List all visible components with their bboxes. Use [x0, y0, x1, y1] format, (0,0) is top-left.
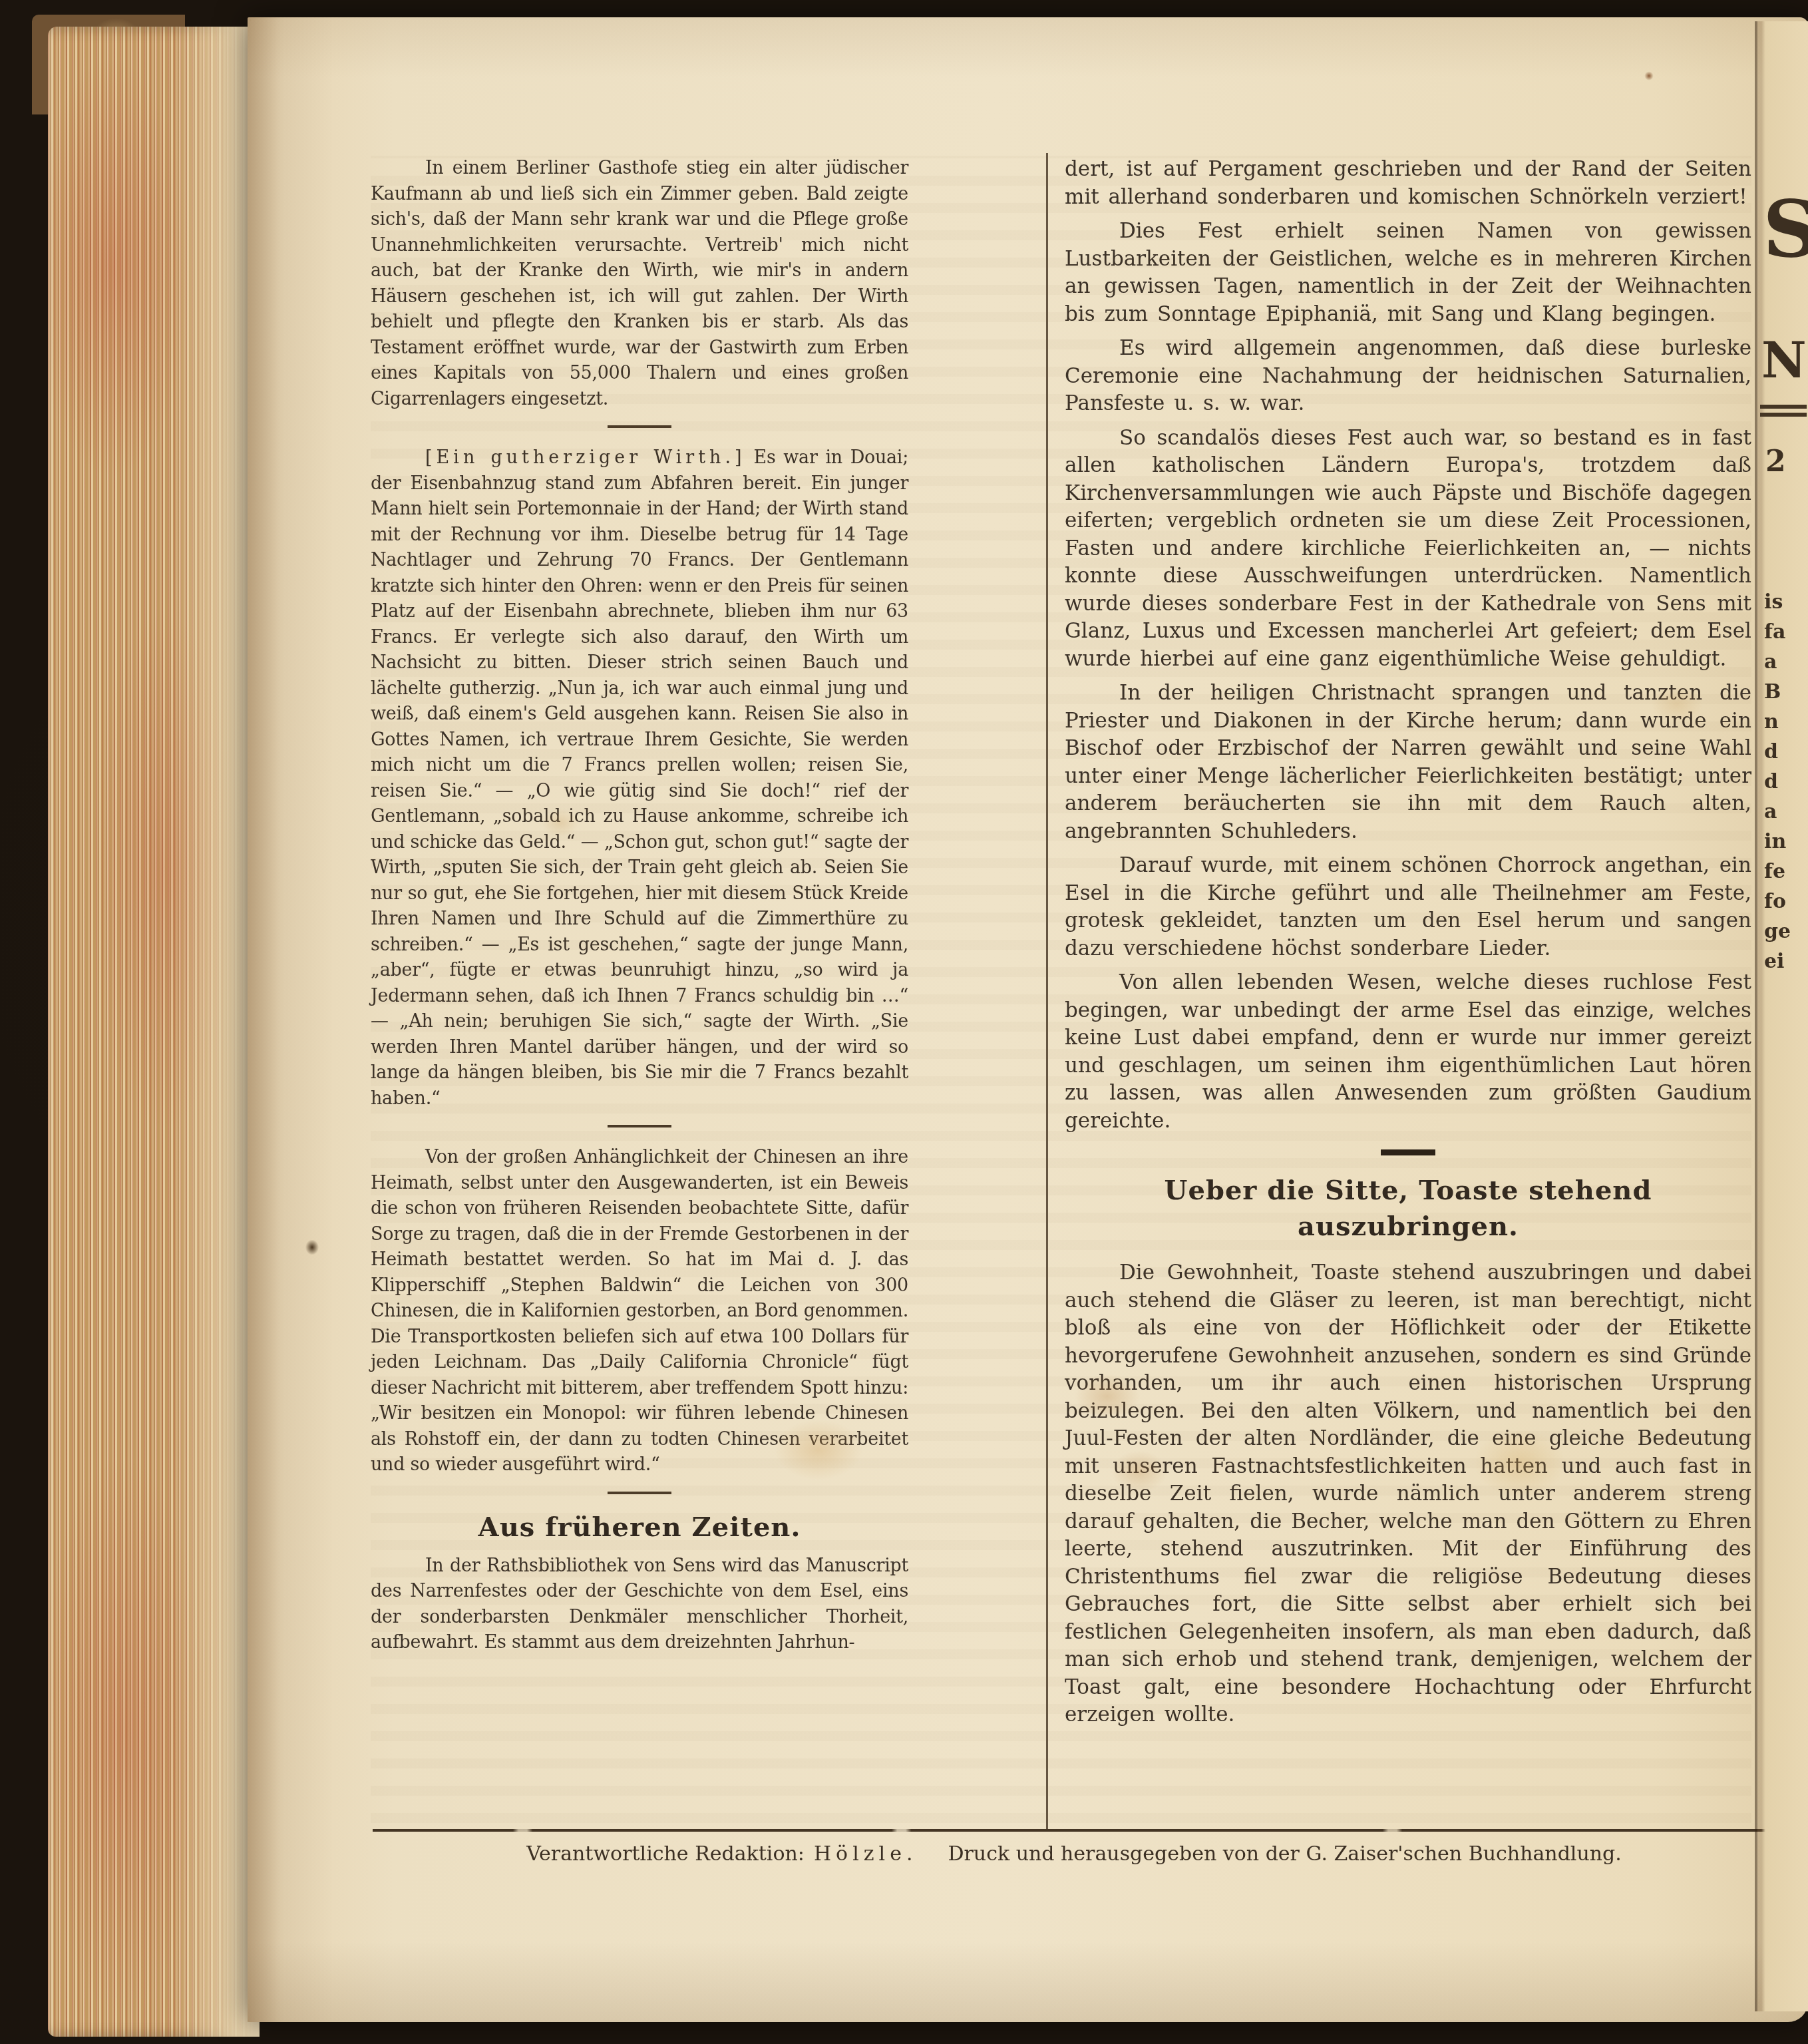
imprint-editor: Hölzle.	[814, 1842, 918, 1866]
imprint-rule	[373, 1829, 1775, 1832]
newspaper-page: In einem Berliner Gasthofe stieg ein alt…	[248, 17, 1808, 2022]
section-divider	[608, 1125, 671, 1127]
section-heading-toaste: Ueber die Sitte, Toaste stehendauszubrin…	[1065, 1173, 1751, 1245]
left-column: In einem Berliner Gasthofe stieg ein alt…	[371, 156, 908, 1663]
next-page-text-fragments: is fa a B n d d a in fe fo ge ei	[1764, 587, 1791, 976]
article-narrenfest-sens: In der Rathsbibliothek von Sens wird das…	[371, 1553, 908, 1656]
next-page-initial-letter: N	[1761, 334, 1807, 387]
section-divider	[608, 425, 671, 428]
article-toaste-sitte: Die Gewohnheit, Toaste stehend auszubrin…	[1065, 1259, 1751, 1729]
imprint-publisher: Druck und herausgegeben von der G. Zaise…	[948, 1842, 1621, 1866]
article-chinesen-heimath: Von der großen Anhänglichkeit der Chines…	[371, 1145, 908, 1478]
right-column: dert, ist auf Pergament geschrieben und …	[1065, 156, 1751, 1736]
article-narrenfest-continuation: dert, ist auf Pergament geschrieben und …	[1065, 156, 1751, 211]
next-page-sliver: S N 2 is fa a B n d d a in fe fo ge ei	[1755, 21, 1808, 2011]
article-berliner-gasthof: In einem Berliner Gasthofe stieg ein alt…	[371, 156, 908, 412]
section-divider	[608, 1492, 671, 1494]
article-gutherziger-wirth: [Ein gutherziger Wirth.] Es war in Douai…	[371, 445, 908, 1112]
imprint-line: Verantwortliche Redaktion:Hölzle.Druck u…	[373, 1842, 1775, 1866]
section-divider-heavy	[1381, 1149, 1435, 1155]
article-esel: Von allen lebenden Wesen, welche dieses …	[1065, 969, 1751, 1135]
column-rule	[1046, 153, 1048, 1832]
heading-toaste-line1: Ueber die Sitte, Toaste stehend	[1165, 1175, 1652, 1206]
article-gutherziger-wirth-text: Es war in Douai; der Eisenbahnzug stand …	[371, 447, 908, 1109]
next-page-number-fragment: 2	[1765, 445, 1786, 479]
article-christnacht: In der heiligen Christnacht sprangen und…	[1065, 680, 1751, 845]
section-heading-aus-frueheren-zeiten: Aus früheren Zeiten.	[371, 1512, 908, 1543]
heading-toaste-line2: auszubringen.	[1298, 1211, 1519, 1242]
article-chorrock: Darauf wurde, mit einem schönen Chorrock…	[1065, 852, 1751, 962]
article-lead-in: [Ein gutherziger Wirth.]	[425, 447, 746, 468]
article-scandaloes: So scandalös dieses Fest auch war, so be…	[1065, 425, 1751, 674]
imprint-redaktion-label: Verantwortliche Redaktion:	[526, 1842, 805, 1866]
article-fest-name: Dies Fest erhielt seinen Namen von gewis…	[1065, 218, 1751, 328]
next-page-rule-fragment	[1760, 405, 1807, 409]
book-fore-edge-fade	[173, 27, 260, 2037]
article-ceremonie: Es wird allgemein angenommen, daß diese …	[1065, 335, 1751, 418]
scanned-book-photo: { "left_column": { "para_berlin": "In ei…	[0, 0, 1808, 2044]
next-page-ornament-letter: S	[1763, 189, 1808, 269]
